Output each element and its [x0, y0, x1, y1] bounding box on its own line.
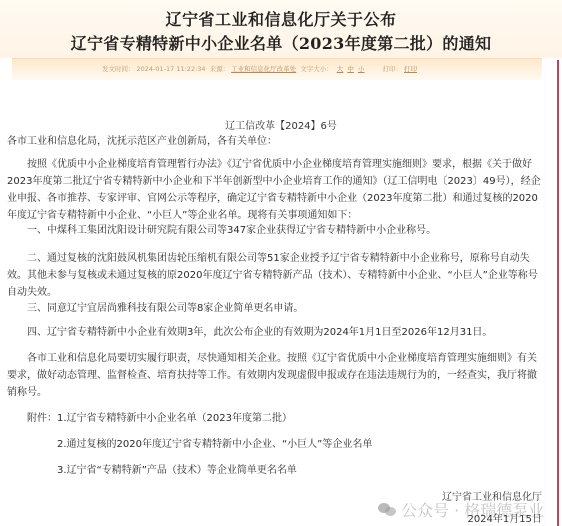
font-size-small[interactable]: 小	[358, 65, 365, 73]
intro-paragraph: 按照《优质中小企业梯度培育管理暂行办法》《辽宁省优质中小企业梯度培育管理实施细则…	[7, 156, 541, 224]
item-1: 一、中煤科工集团沈阳设计研究院有限公司等347家企业获得辽宁省专精特新中小企业称…	[7, 222, 541, 239]
font-size-label: 文字大小：	[300, 65, 333, 73]
signature-date: 2024年1月15日	[467, 510, 542, 525]
closing-paragraph: 各市工业和信息化局要切实履行职责，尽快通知相关企业。按照《辽宁省优质中小企业梯度…	[7, 350, 541, 401]
source-link[interactable]: 工业和信息化厅改革处	[231, 65, 296, 73]
document-number: 辽工信改革【2024】6号	[0, 117, 562, 132]
attachments-label: 附件：	[27, 409, 57, 424]
page-title-line1: 辽宁省工业和信息化厅关于公布	[0, 7, 562, 30]
signature-org: 辽宁省工业和信息化厅	[442, 488, 542, 503]
page-title-line2: 辽宁省专精特新中小企业名单（2023年度第二批）的通知	[0, 31, 562, 54]
publish-time: 2024-01-17 11:22:34	[137, 65, 206, 73]
wechat-icon	[378, 503, 396, 517]
attachment-2[interactable]: 2.通过复核的2020年度辽宁省专精特新中小企业、“小巨人”等企业名单	[57, 435, 372, 450]
salutation: 各市工业和信息化局，沈抚示范区产业创新局，各有关单位：	[7, 133, 541, 150]
font-size-medium[interactable]: 中	[347, 65, 354, 73]
attachment-1[interactable]: 1.辽宁省专精特新中小企业名单（2023年度第二批）	[57, 409, 292, 424]
item-2: 二、通过复核的沈阳鼓风机集团齿轮压缩机有限公司等51家企业授予辽宁省专精特新中小…	[7, 250, 541, 301]
article-meta: 发文时间：2024-01-17 11:22:34 来源：工业和信息化厅改革处 文…	[102, 64, 419, 73]
notice-page: 辽宁省工业和信息化厅关于公布 辽宁省专精特新中小企业名单（2023年度第二批）的…	[0, 0, 562, 526]
article-meta-bar: 发文时间：2024-01-17 11:22:34 来源：工业和信息化厅改革处 文…	[12, 58, 542, 80]
item-4: 四、辽宁省专精特新中小企业有效期3年，此次公布企业的有效期为2024年1月1日至…	[7, 324, 541, 341]
attachment-3[interactable]: 3.辽宁省“专精特新”产品（技术）等企业简单更名名单	[57, 461, 297, 476]
font-size-large[interactable]: 大	[337, 65, 344, 73]
print-link[interactable]: 打印	[404, 65, 417, 73]
publish-time-label: 发文时间：	[102, 65, 135, 73]
item-3: 三、同意辽宁宜居尚雅科技有限公司等8家企业简单更名申请。	[7, 300, 541, 317]
print-label: 打印：	[383, 65, 403, 73]
notice-header: 辽宁省工业和信息化厅关于公布 辽宁省专精特新中小企业名单（2023年度第二批）的…	[0, 0, 562, 58]
source-label: 来源：	[210, 65, 230, 73]
